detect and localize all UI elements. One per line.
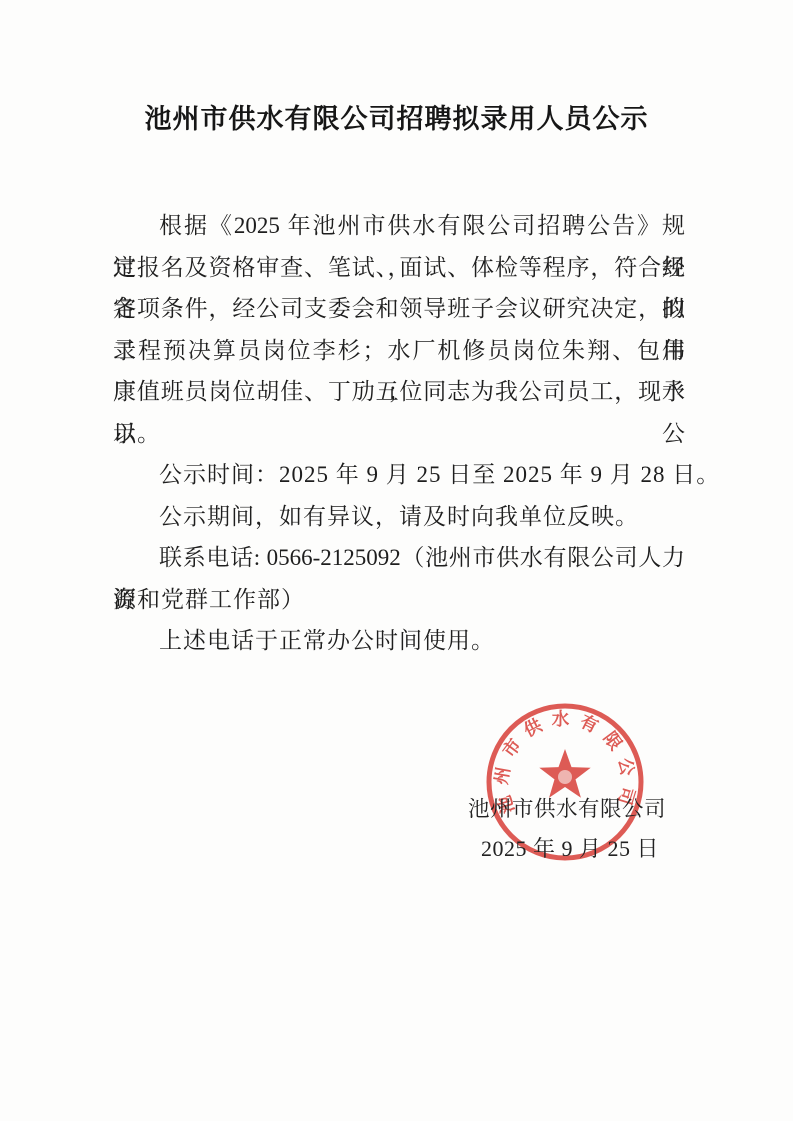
document-line: 公示时间：2025 年 9 月 25 日至 2025 年 9 月 28 日。 xyxy=(113,454,685,496)
document-line: 上述电话于正常办公时间使用。 xyxy=(113,620,685,662)
document-page: 池州市供水有限公司招聘拟录用人员公示 根据《2025 年池州市供水有限公司招聘公… xyxy=(0,0,793,1121)
document-body: 根据《2025 年池州市供水有限公司招聘公告》规定，经 过报名及资格审查、笔试、… xyxy=(113,205,685,662)
document-line: 联系电话: 0566-2125092（池州市供水有限公司人力资 xyxy=(113,537,685,579)
document-line: 源和党群工作部） xyxy=(113,579,685,621)
document-line: 厂值班员岗位胡佳、丁劢五位同志为我公司员工，现予以公 xyxy=(113,371,685,413)
document-line: 根据《2025 年池州市供水有限公司招聘公告》规定，经 xyxy=(113,205,685,247)
signature-company: 池州市供水有限公司 xyxy=(468,792,666,823)
document-line: 公示期间，如有异议，请及时向我单位反映。 xyxy=(113,496,685,538)
seal-ink-gap xyxy=(558,770,572,784)
signature-date: 2025 年 9 月 25 日 xyxy=(481,832,659,863)
document-line: 工程预决算员岗位李杉；水厂机修员岗位朱翔、包伟康；水 xyxy=(113,330,685,372)
document-line: 过报名及资格审查、笔试、面试、体检等程序，符合规定的 xyxy=(113,247,685,289)
document-line: 各项条件，经公司支委会和领导班子会议研究决定，拟录用 xyxy=(113,288,685,330)
document-title: 池州市供水有限公司招聘拟录用人员公示 xyxy=(0,97,793,136)
